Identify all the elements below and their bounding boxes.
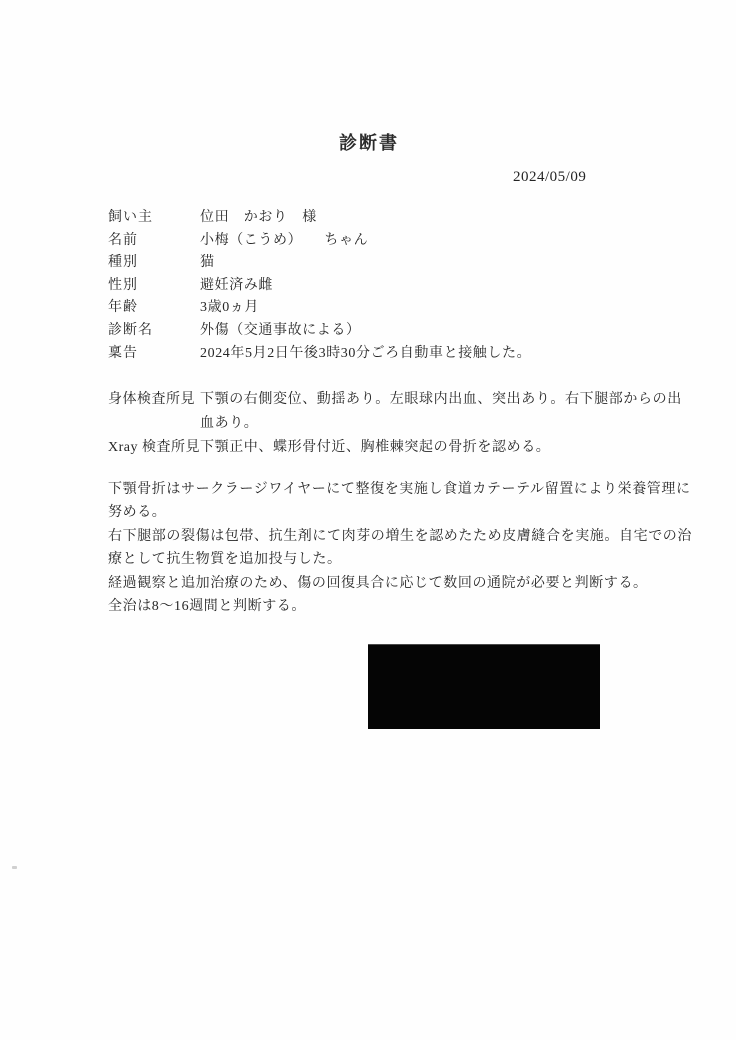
- assessment-line: 努める。: [108, 501, 680, 524]
- finding-text: 下顎の右側変位、動揺あり。左眼球内出血、突出あり。右下腿部からの出 血あり。: [200, 388, 682, 436]
- assessment-line: 療として抗生物質を追加投与した。: [108, 548, 680, 571]
- field-label: 飼い主: [108, 207, 200, 230]
- document-date: 2024/05/09: [513, 169, 586, 186]
- xray-exam-finding: Xray 検査所見 下顎正中、蝶形骨付近、胸椎棘突起の骨折を認める。: [108, 436, 680, 460]
- assessment-line: 右下腿部の裂傷は包帯、抗生剤にて肉芽の増生を認めたため皮膚縫合を実施。自宅での治: [108, 525, 680, 548]
- document-page: 診断書 2024/05/09 飼い主 位田 かおり 様 名前 小梅（こうめ） ち…: [0, 0, 736, 1040]
- finding-label: 身体検査所見: [108, 388, 200, 436]
- field-row-diagnosis: 診断名 外傷（交通事故による）: [108, 320, 668, 343]
- physical-exam-finding: 身体検査所見 下顎の右側変位、動揺あり。左眼球内出血、突出あり。右下腿部からの出…: [108, 388, 680, 436]
- field-label: 診断名: [108, 320, 200, 343]
- field-label: 年齢: [108, 297, 200, 320]
- field-row-sex: 性別 避妊済み雌: [108, 275, 668, 298]
- field-value: 猫: [200, 252, 215, 275]
- finding-line: 血あり。: [200, 412, 682, 436]
- document-title: 診断書: [339, 129, 399, 155]
- field-row-species: 種別 猫: [108, 252, 668, 275]
- finding-label: Xray 検査所見: [108, 436, 200, 460]
- field-value: 小梅（こうめ） ちゃん: [200, 230, 368, 253]
- finding-line: 下顎の右側変位、動揺あり。左眼球内出血、突出あり。右下腿部からの出: [200, 388, 682, 412]
- exam-findings-section: 身体検査所見 下顎の右側変位、動揺あり。左眼球内出血、突出あり。右下腿部からの出…: [108, 388, 680, 460]
- field-row-age: 年齢 3歳0ヵ月: [108, 297, 668, 320]
- field-label: 名前: [108, 230, 200, 253]
- field-value: 3歳0ヵ月: [200, 297, 259, 320]
- finding-text: 下顎正中、蝶形骨付近、胸椎棘突起の骨折を認める。: [200, 436, 550, 460]
- scan-artifact-speck: [12, 866, 17, 869]
- patient-info-section: 飼い主 位田 かおり 様 名前 小梅（こうめ） ちゃん 種別 猫 性別 避妊済み…: [108, 207, 668, 365]
- field-row-pet-name: 名前 小梅（こうめ） ちゃん: [108, 230, 668, 253]
- field-label: 性別: [108, 275, 200, 298]
- treatment-assessment-section: 下顎骨折はサークラージワイヤーにて整復を実施し食道カテーテル留置により栄養管理に…: [108, 478, 680, 618]
- assessment-line: 経過観察と追加治療のため、傷の回復具合に応じて数回の通院が必要と判断する。: [108, 572, 680, 595]
- field-row-history: 稟告 2024年5月2日午後3時30分ごろ自動車と接触した。: [108, 343, 668, 366]
- field-label: 種別: [108, 252, 200, 275]
- assessment-line: 全治は8～16週間と判断する。: [108, 595, 680, 618]
- field-label: 稟告: [108, 343, 200, 366]
- redacted-signature-block: [368, 644, 600, 729]
- field-value: 位田 かおり 様: [200, 207, 317, 230]
- field-value: 避妊済み雌: [200, 275, 273, 298]
- field-value: 外傷（交通事故による）: [200, 320, 361, 343]
- field-value: 2024年5月2日午後3時30分ごろ自動車と接触した。: [200, 343, 531, 366]
- field-row-owner: 飼い主 位田 かおり 様: [108, 207, 668, 230]
- assessment-line: 下顎骨折はサークラージワイヤーにて整復を実施し食道カテーテル留置により栄養管理に: [108, 478, 680, 501]
- finding-line: 下顎正中、蝶形骨付近、胸椎棘突起の骨折を認める。: [200, 436, 550, 460]
